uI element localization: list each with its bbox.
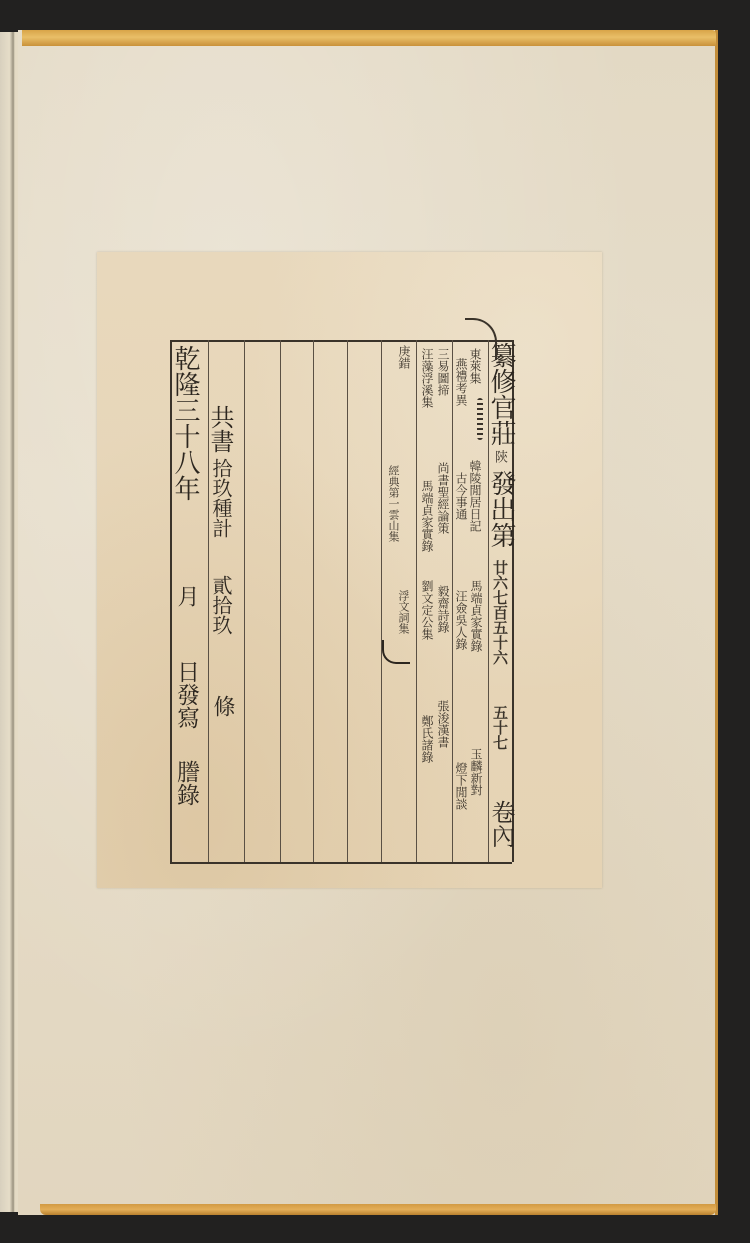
- column-rule: [313, 340, 314, 862]
- hook-mark: [382, 640, 410, 664]
- book-title: 燈下閒談: [455, 762, 467, 810]
- column-rule: [244, 340, 245, 862]
- book-title: 古今事通: [455, 472, 467, 520]
- column-rule: [280, 340, 281, 862]
- region-annotation: 陝: [493, 450, 506, 463]
- book-title: 玉麟新對: [470, 748, 482, 796]
- date-issued: 日發寫: [174, 660, 197, 729]
- book-title: 毅齋詩錄: [437, 585, 449, 633]
- book-title: 東萊集: [469, 348, 481, 384]
- column-rule: [452, 340, 453, 862]
- copyist-label: 謄錄: [174, 760, 197, 806]
- book-title: 馬端貞家實錄: [421, 480, 433, 552]
- book-title: 馬端貞家實錄: [470, 580, 482, 652]
- item-count: 貳拾玖: [211, 575, 231, 635]
- column-rule: [416, 340, 417, 862]
- book-title: 庚錯: [398, 345, 410, 369]
- gilt-edge-bottom: [40, 1204, 716, 1215]
- book-title: 鄭氏諸錄: [421, 715, 433, 763]
- column-rule: [381, 340, 382, 862]
- book-title: 尚書聖經論策: [437, 462, 449, 534]
- book-title: 張浚漢書: [437, 700, 449, 748]
- gilt-edge-top: [22, 30, 716, 46]
- book-title: 燕禮考異: [455, 358, 467, 406]
- book-title: 汪僉吳人錄: [455, 590, 467, 650]
- book-title: 劉文定公集: [421, 580, 433, 640]
- book-title: 汪藻浮溪集: [421, 348, 433, 408]
- book-title: 浮文詞集: [398, 590, 409, 634]
- issue-label: 發出第: [488, 470, 514, 548]
- item-unit: 條: [211, 695, 233, 717]
- era-date: 乾隆三十八年: [172, 345, 198, 501]
- column-rule: [347, 340, 348, 862]
- date-month: 月: [175, 585, 197, 607]
- volume-label: 卷內: [489, 800, 513, 848]
- book-title: 韓陵閒居日記: [469, 460, 481, 532]
- book-title: 三易圖揥: [437, 348, 449, 396]
- book-title: 經典第一雲山集: [388, 465, 399, 542]
- total-count: 拾玖種計: [211, 458, 231, 538]
- issue-numbers-extra: 五十七: [492, 705, 507, 750]
- chain-mark: [477, 398, 483, 440]
- total-label: 共書: [208, 405, 232, 453]
- issue-numbers: 廿六七百五十六: [492, 560, 507, 665]
